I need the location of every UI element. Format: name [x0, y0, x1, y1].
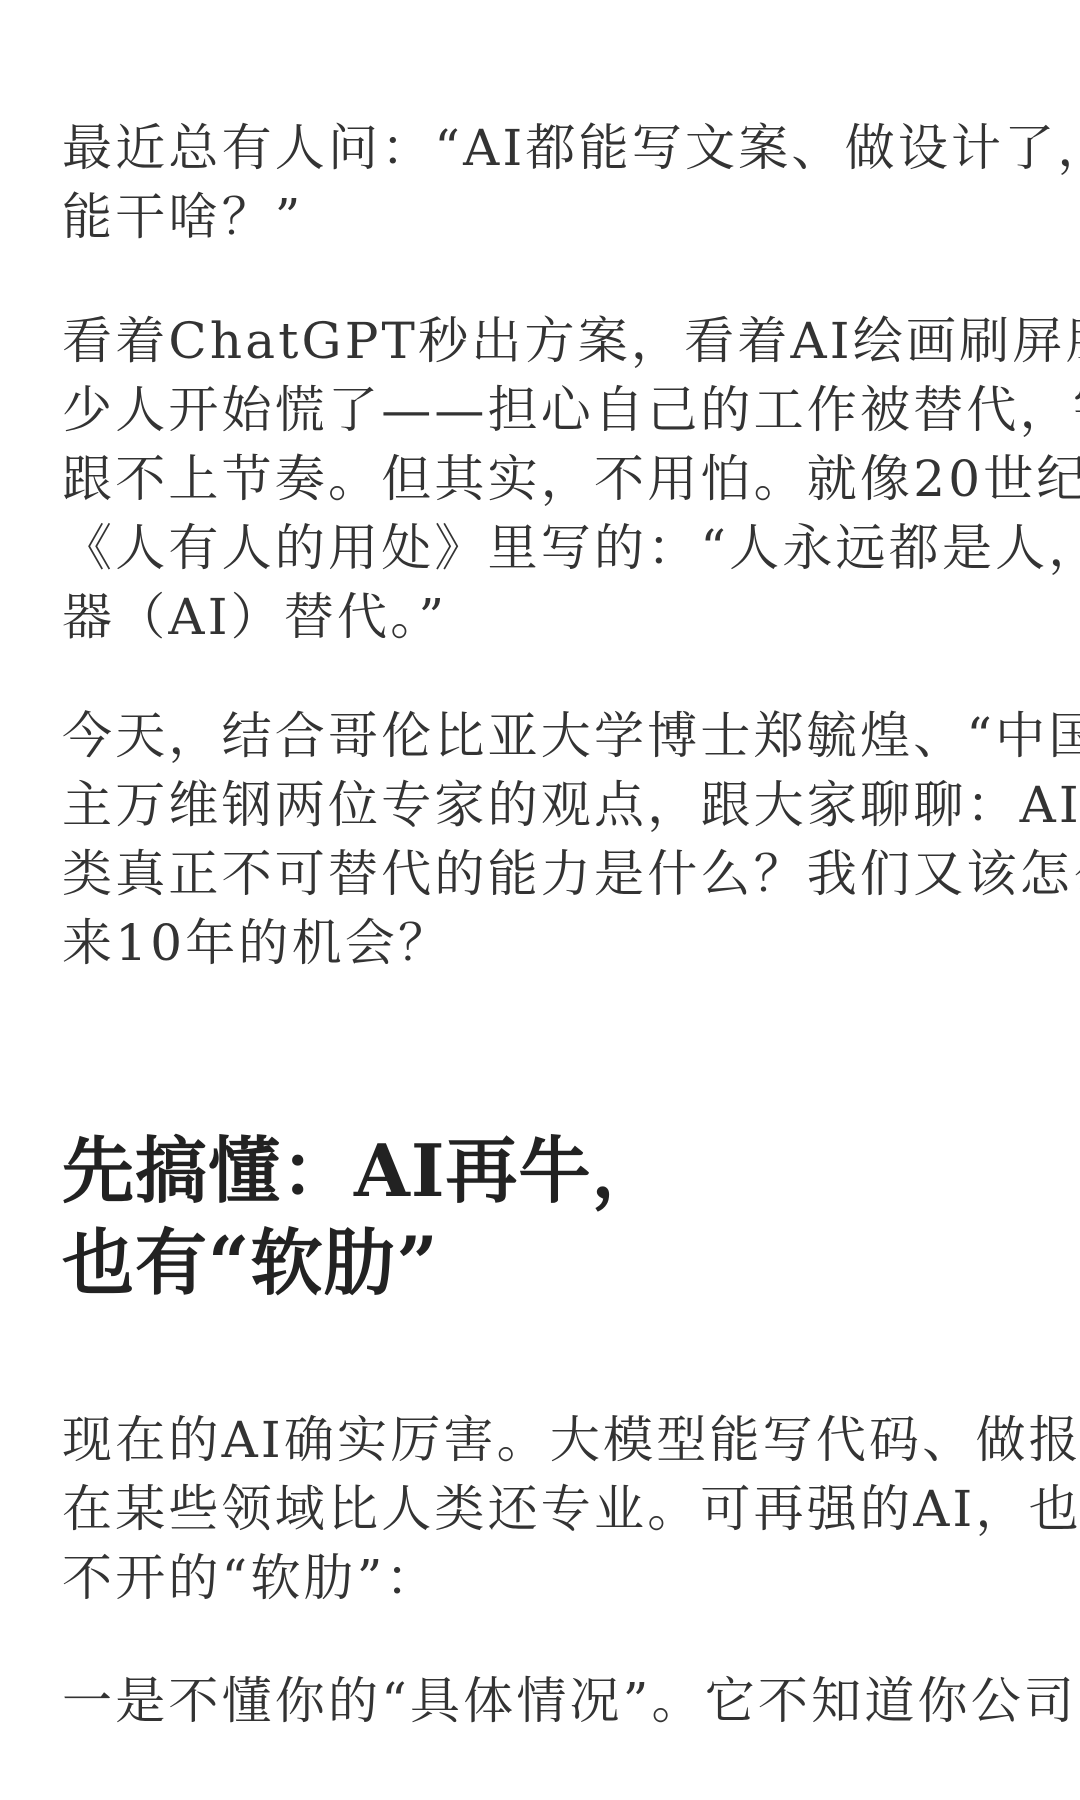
text-line: 来10年的机会？ [62, 909, 1024, 978]
text-line: 看着ChatGPT秒出方案，看着AI绘画刷屏朋友圈，不 [62, 307, 1024, 376]
heading-line: 也有“软肋” [62, 1217, 1024, 1309]
heading-line: 先搞懂：AI再牛， [62, 1125, 1024, 1217]
text-line: 跟不上节奏。但其实，不用怕。就像20世纪50年代 [62, 445, 1024, 514]
text-line: 能干啥？” [62, 183, 1024, 252]
text-line: 不开的“软肋”： [62, 1544, 1024, 1613]
text-line: 在某些领域比人类还专业。可再强的AI，也有两个绕 [62, 1475, 1024, 1544]
section-heading: 先搞懂：AI再牛， 也有“软肋” [62, 1125, 1024, 1309]
text-line: 一是不懂你的“具体情况”。它不知道你公司的团队 [62, 1667, 1024, 1736]
paragraph-ai-weakness-intro: 现在的AI确实厉害。大模型能写代码、做报告，甚至 在某些领域比人类还专业。可再强… [62, 1406, 1024, 1613]
text-line: 器（AI）替代。” [62, 583, 1024, 652]
text-line: 现在的AI确实厉害。大模型能写代码、做报告，甚至 [62, 1406, 1024, 1475]
paragraph-intro-question: 最近总有人问：“AI都能写文案、做设计了，我们还 能干啥？” [62, 114, 1024, 252]
text-line: 主万维钢两位专家的观点，跟大家聊聊：AI时代，人 [62, 771, 1024, 840]
text-line: 今天，结合哥伦比亚大学博士郑毓煌、“中国好书”得 [62, 702, 1024, 771]
text-line: 类真正不可替代的能力是什么？我们又该怎么抓住未 [62, 840, 1024, 909]
paragraph-anxiety: 看着ChatGPT秒出方案，看着AI绘画刷屏朋友圈，不 少人开始慌了——担心自己… [62, 307, 1024, 652]
paragraph-weakness-one: 一是不懂你的“具体情况”。它不知道你公司的团队 [62, 1667, 1024, 1736]
text-line: 《人有人的用处》里写的：“人永远都是人，不会被机 [62, 514, 1024, 583]
text-line: 少人开始慌了——担心自己的工作被替代，害怕未来 [62, 376, 1024, 445]
text-line: 最近总有人问：“AI都能写文案、做设计了，我们还 [62, 114, 1024, 183]
paragraph-experts: 今天，结合哥伦比亚大学博士郑毓煌、“中国好书”得 主万维钢两位专家的观点，跟大家… [62, 702, 1024, 978]
